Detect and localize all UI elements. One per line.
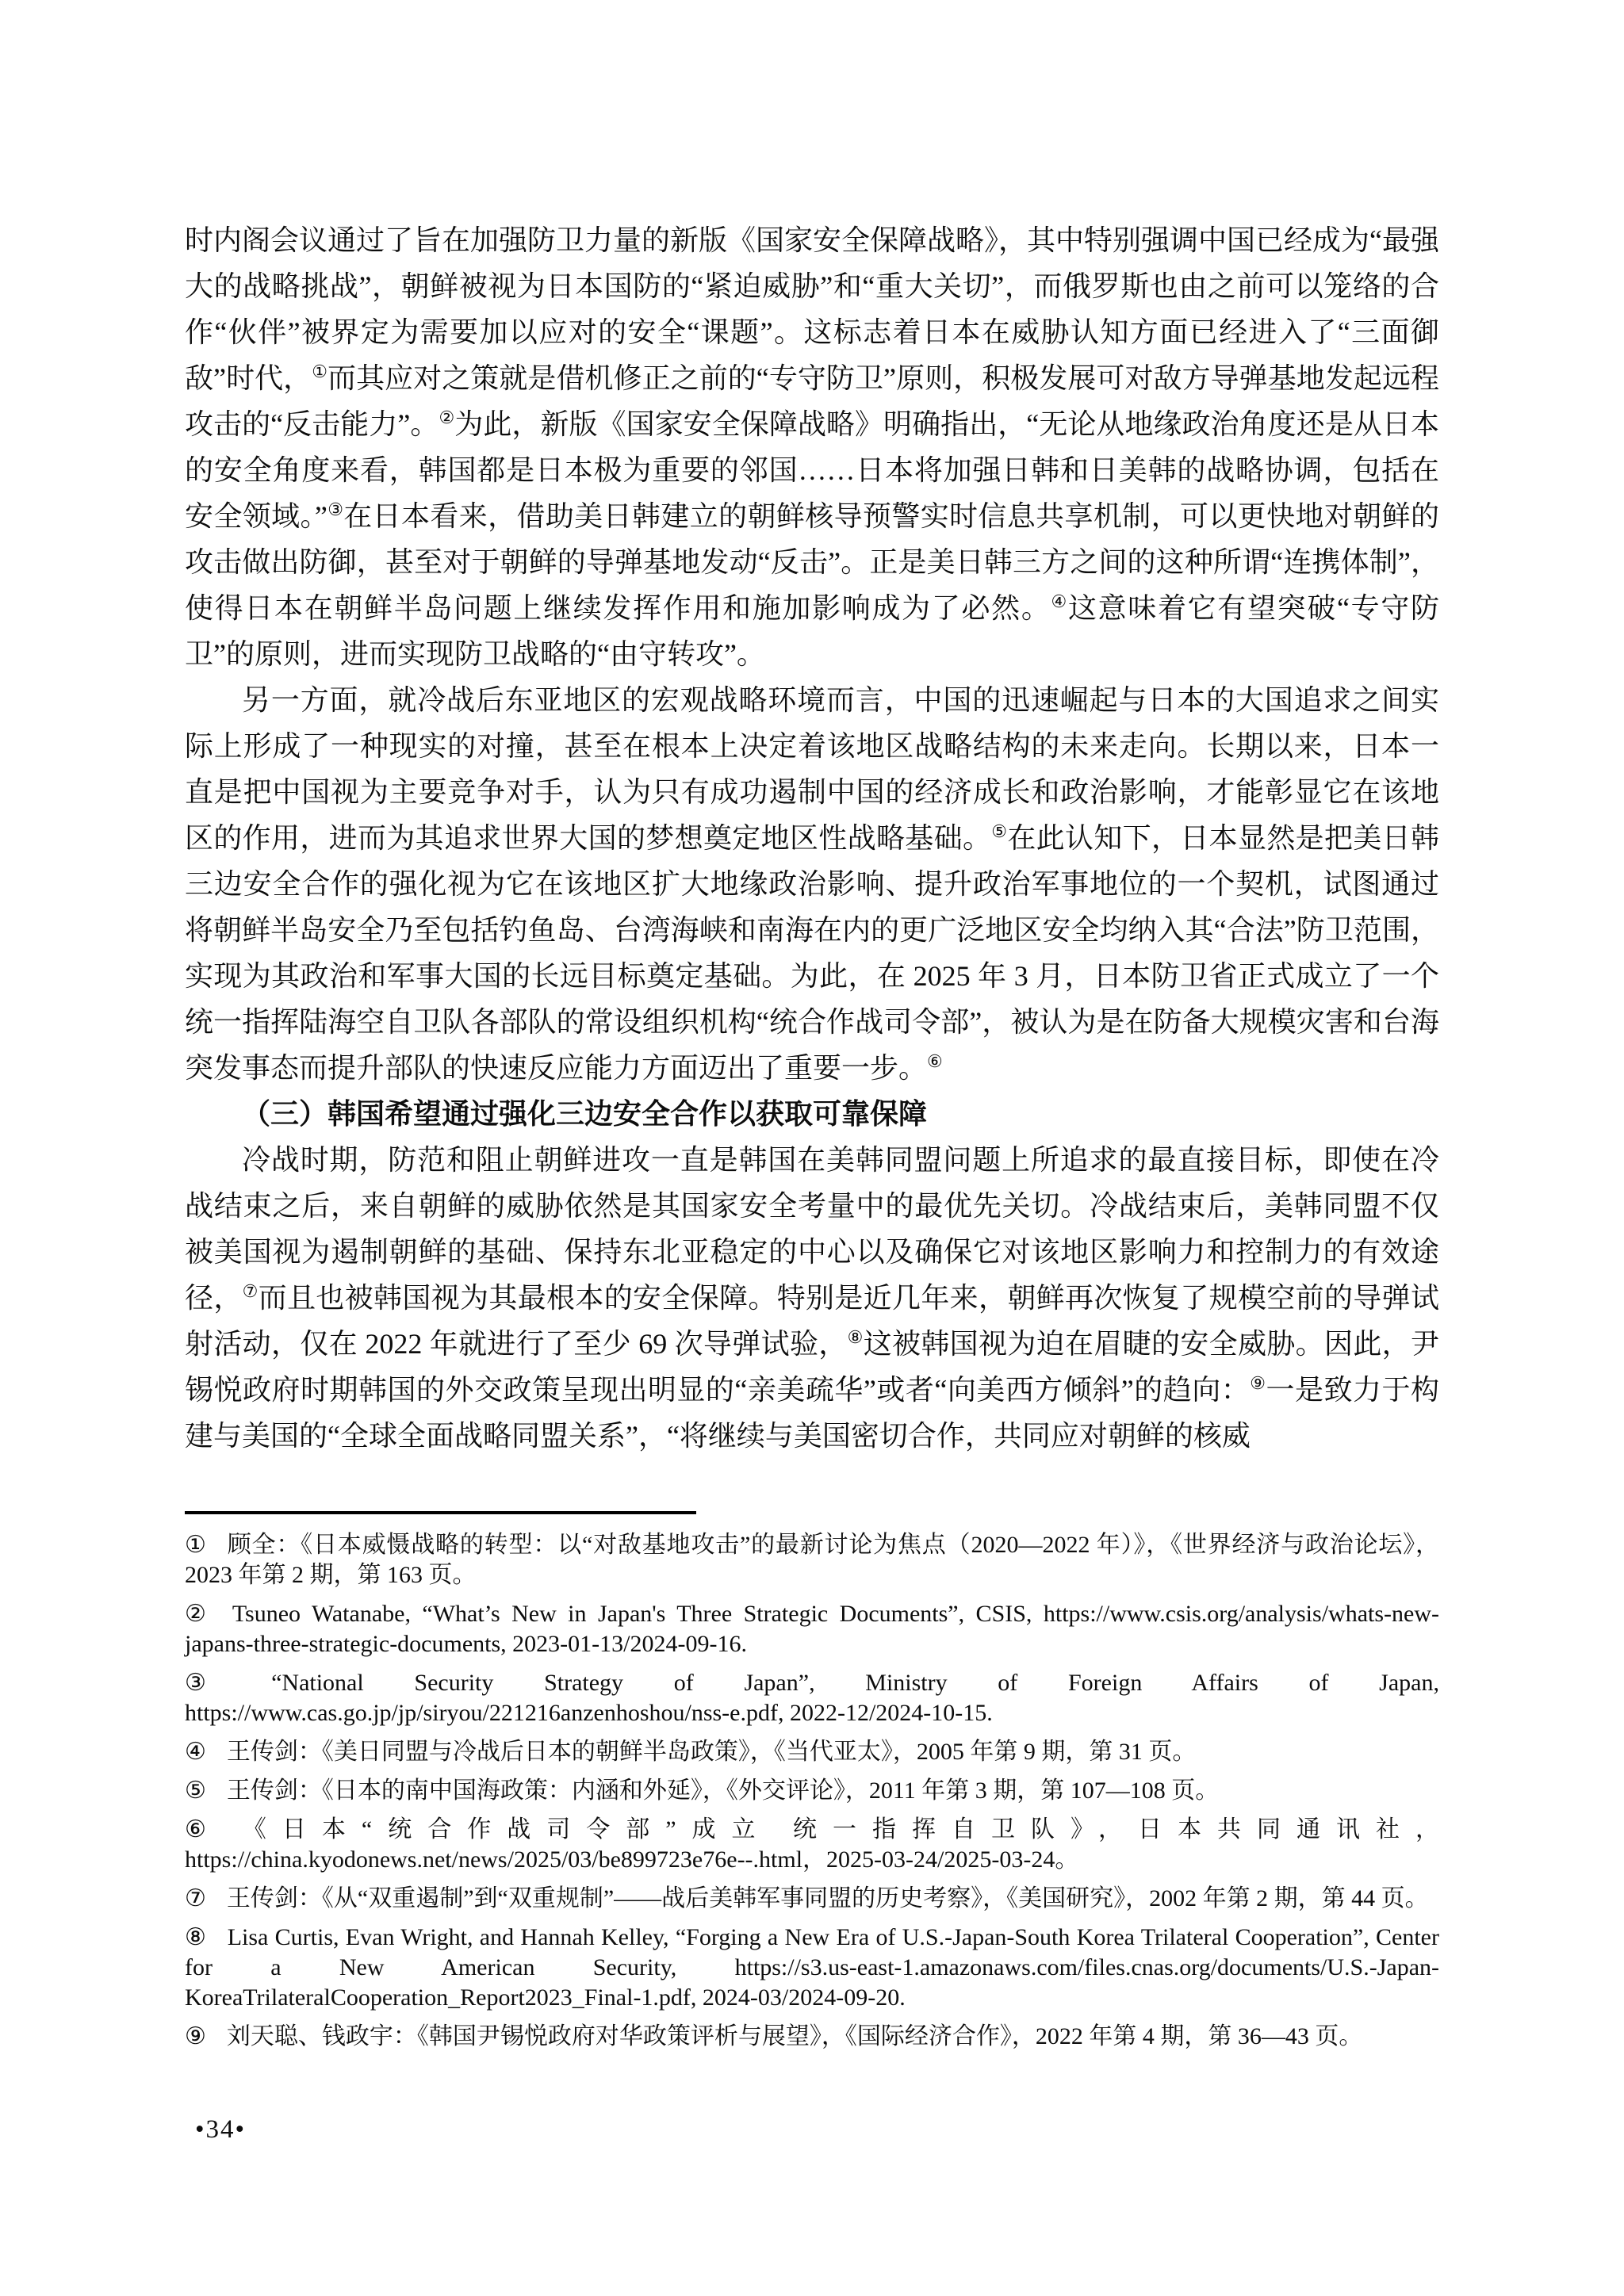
footnote-ref: ④ xyxy=(1051,591,1068,611)
body-paragraph: 时内阁会议通过了旨在加强防卫力量的新版《国家安全保障战略》，其中特别强调中国已经… xyxy=(185,217,1439,677)
body-paragraph: 另一方面，就冷战后东亚地区的宏观战略环境而言，中国的迅速崛起与日本的大国追求之间… xyxy=(185,677,1439,1091)
footnote-ref: ⑥ xyxy=(927,1051,943,1071)
body-paragraph: 冷战时期，防范和阻止朝鲜进攻一直是韩国在美韩同盟问题上所追求的最直接目标，即使在… xyxy=(185,1137,1439,1459)
footnote-ref: ① xyxy=(312,362,327,381)
footnote: ⑥《日本“统合作战司令部”成立 统一指挥自卫队》，日本共同通讯社，https:/… xyxy=(185,1815,1439,1875)
footnote-marker: ⑦ xyxy=(185,1885,206,1911)
footnote-marker: ① xyxy=(185,1532,207,1558)
page-number: •34• xyxy=(195,2115,246,2145)
footnotes: ①顾全：《日本威慑战略的转型：以“对敌基地攻击”的最新讨论为焦点（2020—20… xyxy=(185,1530,1439,2061)
footnote: ②Tsuneo Watanabe, “What’s New in Japan's… xyxy=(185,1599,1439,1659)
footnote-marker: ⑧ xyxy=(185,1924,207,1950)
footnote-ref: ③ xyxy=(327,499,343,519)
footnote-ref: ⑨ xyxy=(1250,1373,1266,1393)
body-text: 时内阁会议通过了旨在加强防卫力量的新版《国家安全保障战略》，其中特别强调中国已经… xyxy=(185,217,1439,1459)
document-page: 时内阁会议通过了旨在加强防卫力量的新版《国家安全保障战略》，其中特别强调中国已经… xyxy=(0,0,1624,2296)
footnote-marker: ④ xyxy=(185,1739,206,1765)
footnote: ③“National Security Strategy of Japan”, … xyxy=(185,1668,1439,1728)
footnote-ref: ② xyxy=(439,408,454,427)
footnote: ⑧Lisa Curtis, Evan Wright, and Hannah Ke… xyxy=(185,1923,1439,2013)
footnote-ref: ⑧ xyxy=(848,1327,864,1347)
footnote: ⑨刘天聪、钱政宇：《韩国尹锡悦政府对华政策评析与展望》，《国际经济合作》，202… xyxy=(185,2022,1439,2052)
section-heading: （三）韩国希望通过强化三边安全合作以获取可靠保障 xyxy=(185,1091,1439,1137)
footnote: ⑦王传剑：《从“双重遏制”到“双重规制”——战后美韩军事同盟的历史考察》，《美国… xyxy=(185,1884,1439,1914)
footnote: ①顾全：《日本威慑战略的转型：以“对敌基地攻击”的最新讨论为焦点（2020—20… xyxy=(185,1530,1439,1590)
footnote: ⑤王传剑：《日本的南中国海政策：内涵和外延》，《外交评论》，2011 年第 3 … xyxy=(185,1776,1439,1806)
footnote-marker: ② xyxy=(185,1601,212,1627)
footnote-ref: ⑤ xyxy=(991,821,1007,841)
footnote-ref: ⑦ xyxy=(243,1281,259,1301)
footnote-separator xyxy=(185,1511,696,1514)
footnote-marker: ⑥ xyxy=(185,1816,222,1843)
footnote: ④王传剑：《美日同盟与冷战后日本的朝鲜半岛政策》，《当代亚太》，2005 年第 … xyxy=(185,1737,1439,1767)
footnote-marker: ③ xyxy=(185,1670,251,1696)
footnote-marker: ⑨ xyxy=(185,2023,206,2049)
footnote-marker: ⑤ xyxy=(185,1777,206,1804)
